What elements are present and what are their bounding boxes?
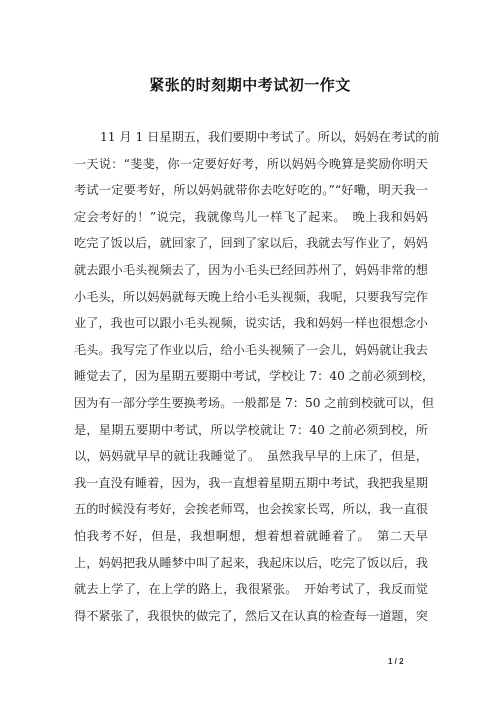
text-line: 定会考好的！”说完，我就像鸟儿一样飞了起来。 晚上我和妈妈 — [74, 204, 428, 231]
text-line: 以，妈妈就早早的就让我睡觉了。 虽然我早早的上床了，但是， — [74, 443, 428, 470]
text-line: 业了，我也可以跟小毛头视频，说实话，我和妈妈一样也很想念小 — [74, 310, 428, 337]
text-line: 是，星期五要期中考试，所以学校就让 7：40 之前必须到校，所 — [74, 417, 428, 444]
text-line: 上，妈妈把我从睡梦中叫了起来，我起床以后，吃完了饭以后，我 — [74, 550, 428, 577]
document-title: 紧张的时刻期中考试初一作文 — [0, 74, 500, 95]
essay-body: 11 月 1 日星期五，我们要期中考试了。所以，妈妈在考试的前 一天说：“斐斐，… — [74, 124, 428, 629]
text-line: 小毛头，所以妈妈就每天晚上给小毛头视频，我呢，只要我写完作 — [74, 284, 428, 311]
text-line: 得不紧张了，我很快的做完了，然后又在认真的检查每一道题，突 — [74, 603, 428, 630]
text-line: 就去跟小毛头视频去了，因为小毛头已经回苏州了，妈妈非常的想 — [74, 257, 428, 284]
document-page: 紧张的时刻期中考试初一作文 11 月 1 日星期五，我们要期中考试了。所以，妈妈… — [0, 0, 500, 707]
text-line: 吃完了饭以后，就回家了，回到了家以后，我就去写作业了，妈妈 — [74, 230, 428, 257]
text-line: 怕我考不好，但是，我想啊想，想着想着就睡着了。 第二天早 — [74, 523, 428, 550]
text-line: 我一直没有睡着，因为，我一直想着星期五期中考试，我把我星期 — [74, 470, 428, 497]
text-line: 五的时候没有考好，会挨老师骂，也会挨家长骂，所以，我一直很 — [74, 496, 428, 523]
text-line: 因为有一部分学生要换考场。一般都是 7：50 之前到校就可以，但 — [74, 390, 428, 417]
text-line: 就去上学了，在上学的路上，我很紧张。 开始考试了，我反而觉 — [74, 576, 428, 603]
text-line: 睡觉去了，因为星期五要期中考试，学校让 7：40 之前必须到校， — [74, 363, 428, 390]
page-number: 1 / 2 — [388, 657, 404, 666]
text-line: 11 月 1 日星期五，我们要期中考试了。所以，妈妈在考试的前 — [74, 124, 428, 151]
text-line: 一天说：“斐斐，你一定要好好考，所以妈妈今晚算是奖励你明天 — [74, 151, 428, 178]
text-line: 毛头。我写完了作业以后，给小毛头视频了一会儿，妈妈就让我去 — [74, 337, 428, 364]
text-line: 考试一定要考好，所以妈妈就带你去吃好吃的。”“好嘞，明天我一 — [74, 177, 428, 204]
